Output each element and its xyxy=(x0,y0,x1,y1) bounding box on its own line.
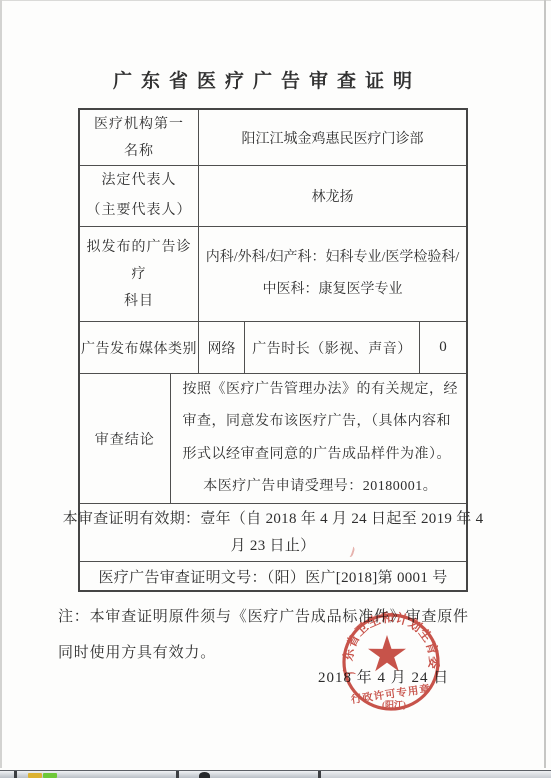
subjects-label-line2: 科目 xyxy=(124,288,154,315)
table-row-subjects: 拟发布的广告诊疗 科目 内科/外科/妇产科：妇科专业/医学检验科/ 中医科：康复… xyxy=(80,227,466,322)
subjects-label-line1: 拟发布的广告诊疗 xyxy=(80,234,198,288)
institution-label-line2: 名称 xyxy=(124,138,154,165)
table-row-doc-number: 医疗广告审查证明文号：（阳）医广[2018]第 0001 号 xyxy=(80,562,466,590)
conclusion-label: 审查结论 xyxy=(95,429,155,449)
representative-value-cell: 林龙扬 xyxy=(199,166,466,226)
representative-label-line2: （主要代表人） xyxy=(87,196,192,226)
taskbar xyxy=(0,770,551,778)
duration-label-cell: 广告时长（影视、声音） xyxy=(245,322,420,373)
taskbar-divider xyxy=(14,771,17,778)
media-type-value: 网络 xyxy=(208,338,236,358)
subjects-value-line1: 内科/外科/妇产科：妇科专业/医学检验科/ xyxy=(206,242,460,274)
conclusion-label-cell: 审查结论 xyxy=(80,374,171,503)
media-value-cell: 网络 xyxy=(199,322,245,373)
institution-label-line1: 医疗机构第一 xyxy=(94,111,184,138)
duration-value: 0 xyxy=(439,339,447,356)
institution-label-cell: 医疗机构第一 名称 xyxy=(80,110,199,165)
taskbar-divider xyxy=(176,771,179,778)
validity-line2: 月 23 日止） xyxy=(231,533,316,560)
taskbar-segment[interactable] xyxy=(321,771,551,778)
window-edge-left xyxy=(0,0,2,768)
page-title: 广东省医疗广告审查证明 xyxy=(0,66,534,93)
institution-value-cell: 阳江江城金鸡惠民医疗门诊部 xyxy=(199,110,466,165)
taskbar-app-icon-yellow[interactable] xyxy=(28,773,42,778)
table-row-representative: 法定代表人 （主要代表人） 林龙扬 xyxy=(80,166,466,227)
official-seal: 广东省卫生和计划生育委员会 行政许可专用章 (阳江) xyxy=(332,603,450,721)
media-type-label: 广告发布媒体类别 xyxy=(81,338,197,358)
duration-value-cell: 0 xyxy=(420,322,466,373)
table-row-institution: 医疗机构第一 名称 阳江江城金鸡惠民医疗门诊部 xyxy=(80,110,466,166)
seal-bottom-text: (阳江) xyxy=(382,699,406,710)
seal-star-icon xyxy=(368,635,406,671)
subjects-value-line2: 中医科：康复医学专业 xyxy=(263,274,403,306)
institution-name: 阳江江城金鸡惠民医疗门诊部 xyxy=(242,128,424,148)
representative-label-cell: 法定代表人 （主要代表人） xyxy=(80,166,199,226)
conclusion-line: 形式以经审查同意的广告成品样件为准）。 xyxy=(183,439,459,472)
conclusion-line: 审查，同意发布该医疗广告，（具体内容和 xyxy=(183,406,459,439)
duration-label: 广告时长（影视、声音） xyxy=(252,338,412,358)
representative-label-line1: 法定代表人 xyxy=(102,166,177,196)
table-row-media: 广告发布媒体类别 网络 广告时长（影视、声音） 0 xyxy=(80,322,466,374)
conclusion-line-acceptance-number: 本医疗广告申请受理号：20180001。 xyxy=(183,471,459,504)
certificate-table: 医疗机构第一 名称 阳江江城金鸡惠民医疗门诊部 法定代表人 （主要代表人） 林龙… xyxy=(78,108,468,592)
window-edge-top xyxy=(0,0,551,1)
validity-line1: 本审查证明有效期：壹年（自 2018 年 4 月 24 日起至 2019 年 4 xyxy=(63,506,484,533)
taskbar-app-icon-green[interactable] xyxy=(43,773,57,778)
representative-name: 林龙扬 xyxy=(312,186,354,206)
media-label-cell: 广告发布媒体类别 xyxy=(80,322,199,373)
subjects-label-cell: 拟发布的广告诊疗 科目 xyxy=(80,227,199,321)
taskbar-app-icon-dark[interactable] xyxy=(199,772,210,778)
table-row-validity: 本审查证明有效期：壹年（自 2018 年 4 月 24 日起至 2019 年 4… xyxy=(80,504,466,562)
certificate-doc-number: 医疗广告审查证明文号：（阳）医广[2018]第 0001 号 xyxy=(99,566,448,587)
subjects-value-cell: 内科/外科/妇产科：妇科专业/医学检验科/ 中医科：康复医学专业 xyxy=(199,227,466,321)
conclusion-line: 按照《医疗广告管理办法》的有关规定，经 xyxy=(183,374,459,407)
window-edge-right xyxy=(544,0,546,768)
document-page: 广东省医疗广告审查证明 医疗机构第一 名称 阳江江城金鸡惠民医疗门诊部 法定代表… xyxy=(0,0,551,778)
conclusion-text-cell: 按照《医疗广告管理办法》的有关规定，经 审查，同意发布该医疗广告，（具体内容和 … xyxy=(171,374,467,503)
table-row-conclusion: 审查结论 按照《医疗广告管理办法》的有关规定，经 审查，同意发布该医疗广告，（具… xyxy=(80,374,466,504)
